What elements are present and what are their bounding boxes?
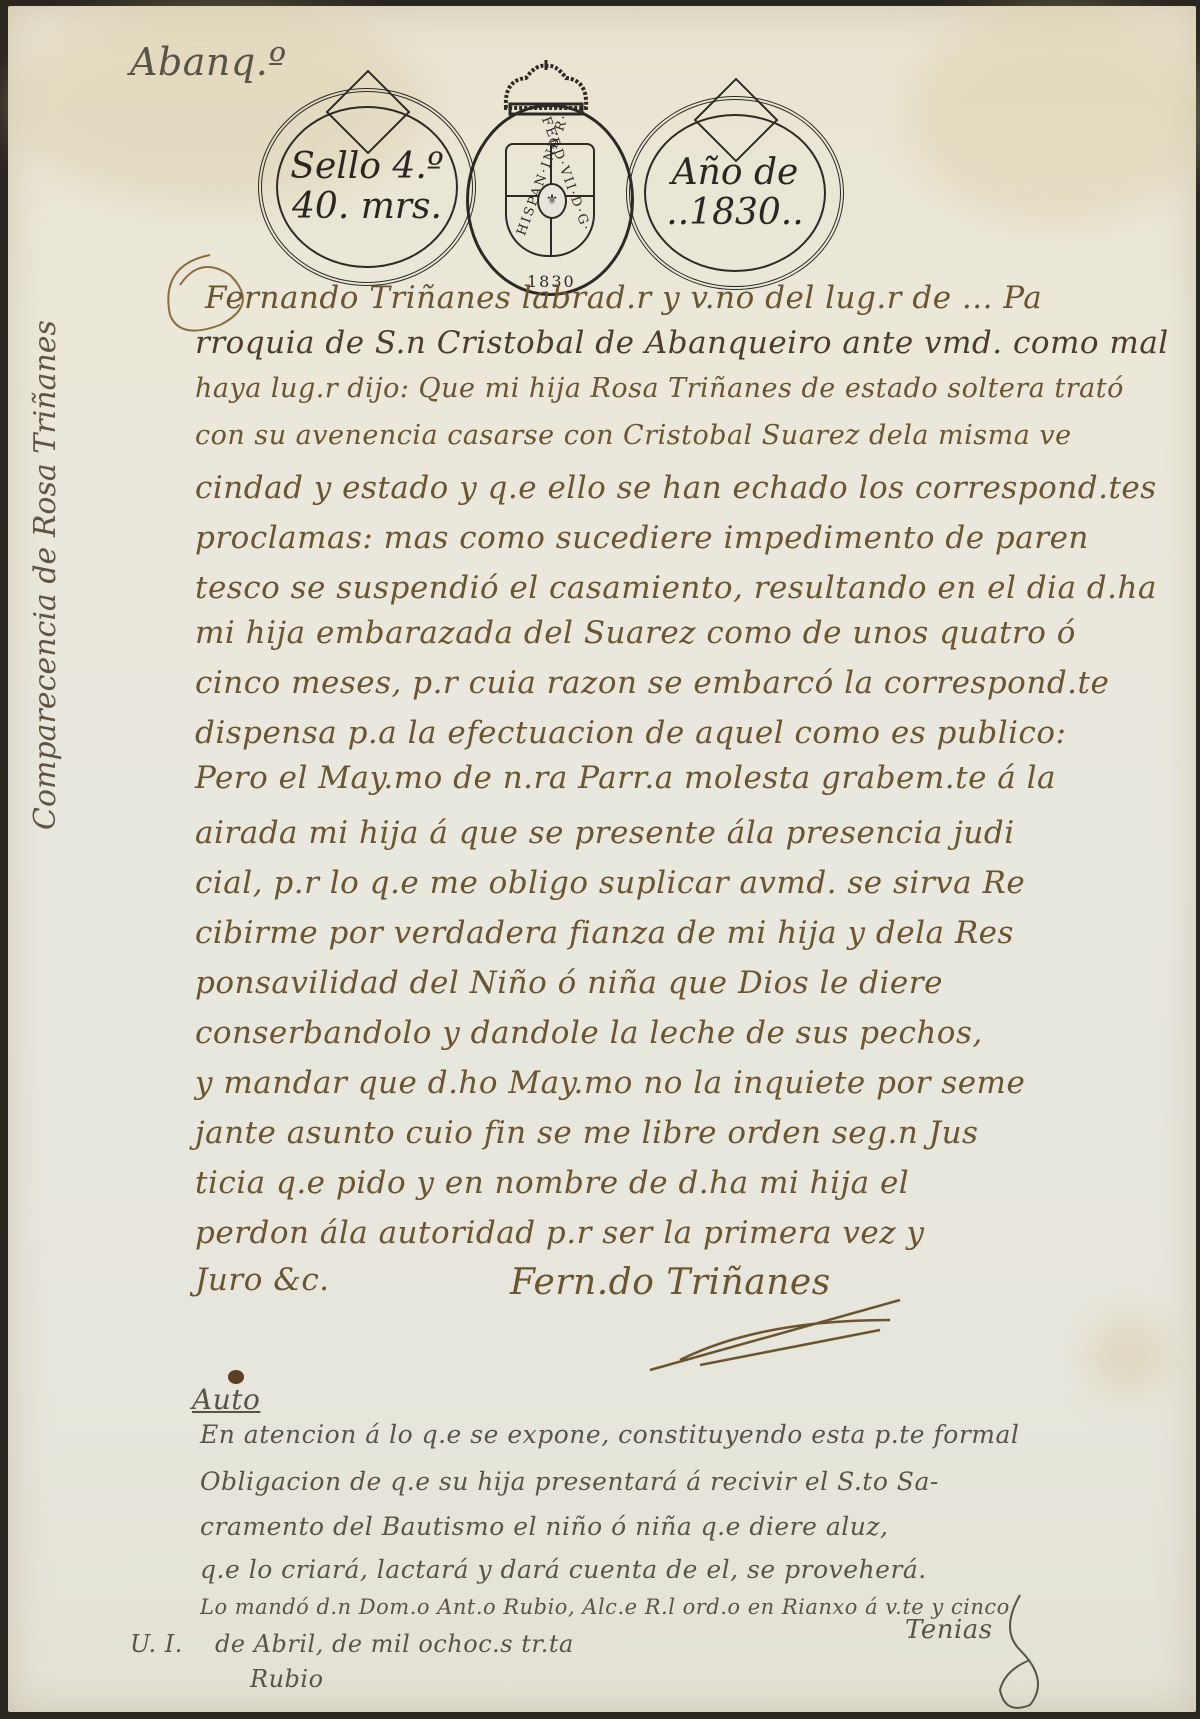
tax-stamp: Sello 4.º 40. mrs. ⚜ HISPAN·IND·R· FERD·…	[258, 60, 898, 290]
stamp-price: 40. mrs.	[292, 187, 442, 227]
body-line: Fernando Triñanes labrad.r y v.no del lu…	[205, 280, 1042, 316]
stamp-right-oval: Año de ..1830..	[626, 96, 844, 290]
auto-date-prefix: U. I.	[130, 1630, 183, 1658]
auto-line: Lo mandó d.n Dom.o Ant.o Rubio, Alc.e R.…	[200, 1595, 1010, 1619]
body-line: Juro &c.	[195, 1262, 330, 1298]
royal-seal: ⚜ HISPAN·IND·R· FERD·VII·D·G· 1830	[466, 104, 634, 296]
body-line: y mandar que d.ho May.mo no la inquiete …	[195, 1065, 1025, 1101]
stamp-year: ..1830..	[666, 193, 803, 233]
stamp-year-label: Año de	[672, 153, 799, 193]
signature-rubric-icon	[990, 1590, 1060, 1715]
signature-tenias: Tenias	[905, 1615, 993, 1645]
body-line: tesco se suspendió el casamiento, result…	[195, 570, 1157, 606]
paper-stain	[908, 6, 1200, 226]
body-line: rroquia de S.n Cristobal de Abanqueiro a…	[195, 325, 1169, 361]
margin-note: Comparecencia de Rosa Triñanes	[28, 320, 63, 830]
body-line: dispensa p.a la efectuacion de aquel com…	[195, 715, 1067, 751]
auto-date: de Abril, de mil ochoc.s tr.ta	[215, 1630, 574, 1658]
body-line: ticia q.e pido y en nombre de d.ha mi hi…	[195, 1165, 909, 1201]
body-line: perdon ála autoridad p.r ser la primera …	[195, 1215, 924, 1251]
auto-line: q.e lo criará, lactará y dará cuenta de …	[200, 1555, 927, 1584]
auto-line: cramento del Bautismo el niño ó niña q.e…	[200, 1512, 888, 1541]
body-line: cinco meses, p.r cuia razon se embarcó l…	[195, 665, 1109, 701]
body-line: ponsavilidad del Niño ó niña que Dios le…	[195, 965, 943, 1001]
body-line: mi hija embarazada del Suarez como de un…	[195, 615, 1076, 651]
stamp-sello-label: Sello 4.º	[290, 147, 443, 187]
auto-line: En atencion á lo q.e se expone, constitu…	[200, 1420, 1019, 1449]
signature-rubric-icon	[640, 1290, 920, 1380]
body-line: haya lug.r dijo: Que mi hija Rosa Triñan…	[195, 373, 1124, 404]
body-line: airada mi hija á que se presente ála pre…	[195, 815, 1015, 851]
body-line: cial, p.r lo q.e me obligo suplicar avmd…	[195, 865, 1025, 901]
body-line: cibirme por verdadera fianza de mi hija …	[195, 915, 1014, 951]
signature-rubio: Rubio	[250, 1665, 324, 1693]
ink-blot	[228, 1370, 244, 1384]
body-line: conserbandolo y dandole la leche de sus …	[195, 1015, 983, 1051]
auto-heading: Auto	[192, 1383, 260, 1416]
body-line: con su avenencia casarse con Cristobal S…	[195, 420, 1072, 451]
body-line: proclamas: mas como sucediere impediment…	[195, 520, 1089, 556]
body-line: jante asunto cuio fin se me libre orden …	[195, 1115, 978, 1151]
stamp-left-oval: Sello 4.º 40. mrs.	[258, 88, 476, 286]
body-line: Pero el May.mo de n.ra Parr.a molesta gr…	[195, 760, 1056, 796]
body-line: cindad y estado y q.e ello se han echado…	[195, 470, 1157, 506]
auto-line: Obligacion de q.e su hija presentará á r…	[200, 1467, 939, 1496]
paper-stain	[1088, 1316, 1168, 1396]
